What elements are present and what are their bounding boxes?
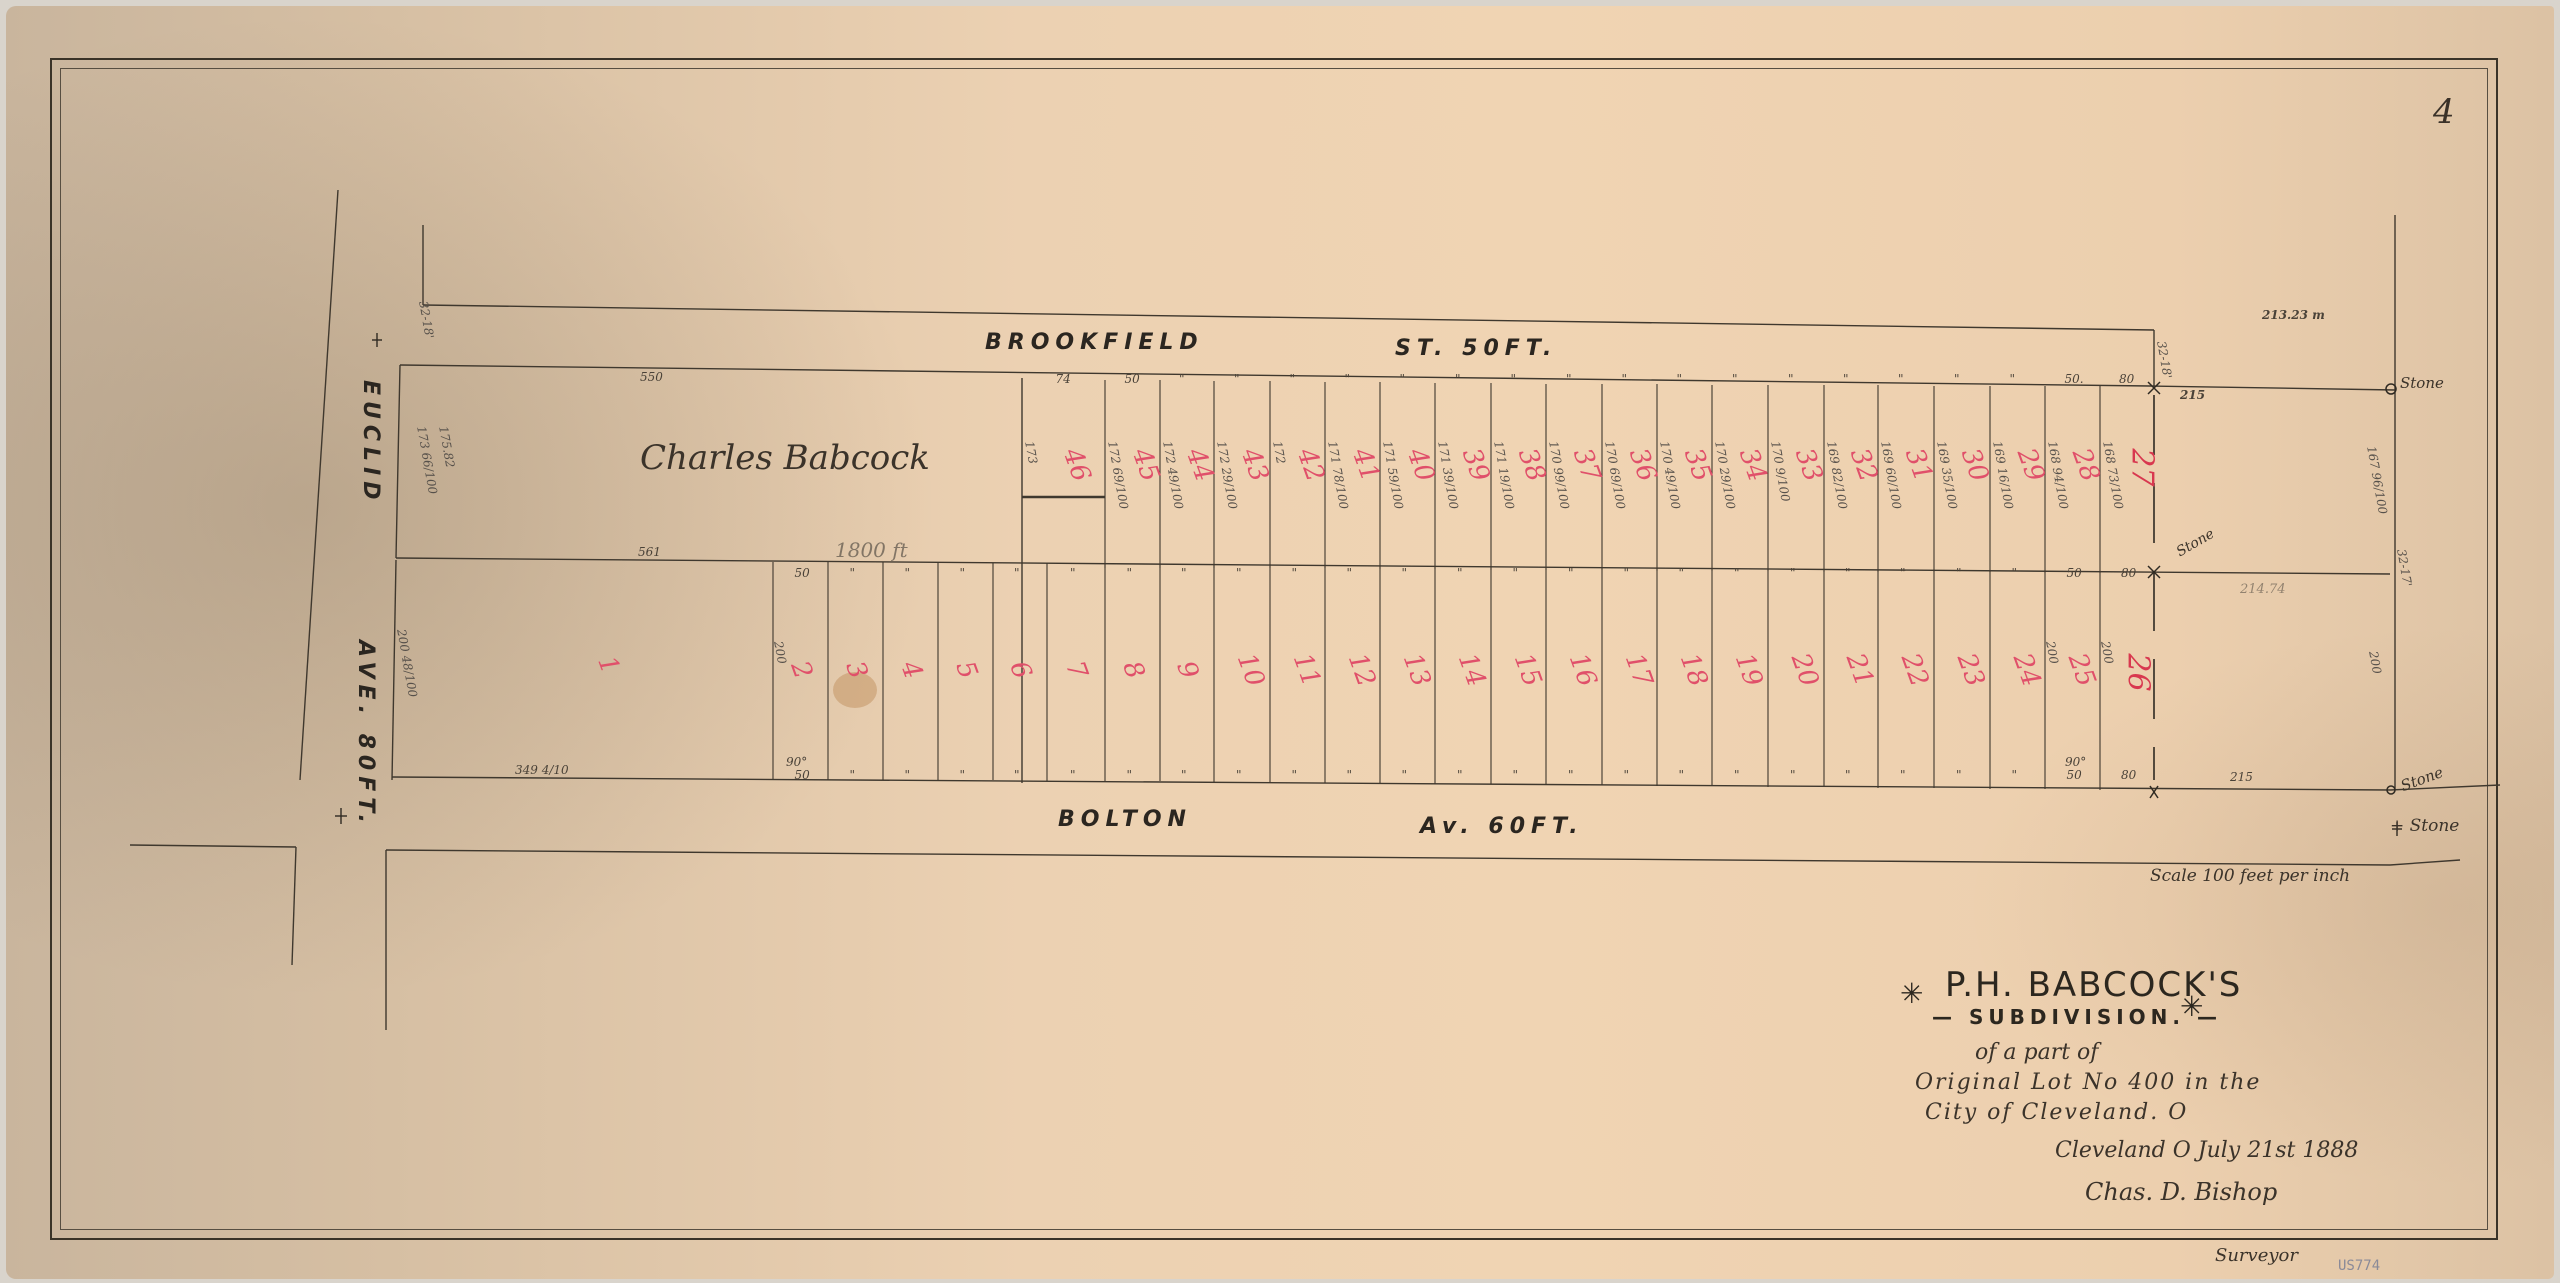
lot-2-frontage-north: 50 (795, 566, 810, 580)
owner-bottom-frontage: 561 (638, 545, 661, 559)
lot-20-frontage-north: " (1790, 566, 1796, 580)
lot-23-frontage-north: " (1956, 566, 1962, 580)
lot-18-frontage-south: " (1679, 768, 1685, 782)
lot-15-frontage-south: " (1513, 768, 1519, 782)
lot-13-frontage-south: " (1402, 768, 1408, 782)
lot-26-frontage-south: 80 (2121, 768, 2136, 782)
lot-18-frontage-north: " (1679, 566, 1685, 580)
lot-1-frontage: 349 4/10 (515, 763, 569, 777)
lot-11-frontage-south: " (1292, 768, 1298, 782)
lot-7-frontage-north: " (1070, 566, 1076, 580)
lot-24-frontage-south: " (2012, 768, 2018, 782)
lot-41-frontage: " (1345, 372, 1351, 386)
lot-25-frontage-north: 50 (2067, 566, 2082, 580)
street-label-euclid: EUCLID (358, 380, 383, 506)
lot-19-frontage-north: " (1734, 566, 1740, 580)
south-angle-note-left: 90° (786, 755, 807, 769)
owner-parcel-length: 1800 ft (835, 538, 908, 562)
lot-10-frontage-north: " (1236, 566, 1242, 580)
lot-19-frontage-south: " (1734, 768, 1740, 782)
lot-3-frontage-south: " (850, 768, 856, 782)
lot-4-frontage-north: " (905, 566, 911, 580)
street-width-brookfield: ST. 50FT. (1395, 336, 1557, 361)
lot-14-frontage-north: " (1457, 566, 1463, 580)
street-width-euclid: AVE. 80FT. (353, 640, 378, 829)
east-mid-note: 214.74 (2240, 582, 2286, 597)
lot-33-frontage: " (1788, 372, 1794, 386)
lot-26-frontage-north: 80 (2121, 566, 2136, 580)
lot-36-frontage: " (1622, 372, 1628, 386)
map-subtitle-text: SUBDIVISION. (1969, 1005, 2185, 1029)
lot-20-frontage-south: " (1790, 768, 1796, 782)
lot-27-frontage: 80 (2119, 372, 2134, 386)
stone-label-bolton: + Stone (2390, 816, 2459, 836)
map-subtitle: — SUBDIVISION. — (1932, 1005, 2222, 1029)
lot-8-frontage-north: " (1127, 566, 1133, 580)
lot-16-frontage-south: " (1568, 768, 1574, 782)
lot-23-frontage-south: " (1956, 768, 1962, 782)
lot-17-frontage-north: " (1624, 566, 1630, 580)
lot-2-frontage-south: 50 (795, 768, 810, 782)
lot-37-frontage: " (1566, 372, 1572, 386)
description-line-3: City of Cleveland. O (1925, 1100, 2188, 1125)
lot-5-frontage-north: " (960, 566, 966, 580)
description-line-2: Original Lot No 400 in the (1915, 1070, 2261, 1095)
east-north-note: 213.23 m (2262, 308, 2325, 322)
lot-25-frontage-south: 50 (2067, 768, 2082, 782)
lot-11-frontage-north: " (1292, 566, 1298, 580)
scale-note: Scale 100 feet per inch (2150, 866, 2350, 886)
lot-22-frontage-north: " (1900, 566, 1906, 580)
lot-43-frontage: " (1234, 372, 1240, 386)
street-label-brookfield: BROOKFIELD (985, 330, 1204, 355)
lot-21-frontage-south: " (1845, 768, 1851, 782)
lot-42-frontage: " (1290, 372, 1296, 386)
surveyor-title: Surveyor (2215, 1245, 2298, 1266)
lot-number-26: 26 (2121, 653, 2156, 691)
lot-6-frontage-north: " (1014, 566, 1020, 580)
lot-9-frontage-south: " (1181, 768, 1187, 782)
lot-46-frontage: 74 (1056, 372, 1071, 386)
lot-21-frontage-north: " (1845, 566, 1851, 580)
lot-8-frontage-south: " (1127, 768, 1133, 782)
lot-13-frontage-north: " (1402, 566, 1408, 580)
lot-number-27: 27 (2125, 448, 2160, 486)
lot-24-frontage-north: " (2012, 566, 2018, 580)
lot-4-frontage-south: " (905, 768, 911, 782)
lot-31-frontage: " (1898, 372, 1904, 386)
lot-6-frontage-south: " (1014, 768, 1020, 782)
lot-45-frontage: 50 (1125, 372, 1140, 386)
lot-16-frontage-north: " (1568, 566, 1574, 580)
lot-15-frontage-north: " (1513, 566, 1519, 580)
lot-12-frontage-north: " (1347, 566, 1353, 580)
stone-label-ne: Stone (2400, 374, 2444, 392)
surveyor-signature: Chas. D. Bishop (2085, 1178, 2277, 1206)
lot-7-frontage-south: " (1070, 768, 1076, 782)
star-ornament-icon-left: ✳ (1900, 977, 1923, 1010)
lot-35-frontage: " (1677, 372, 1683, 386)
lot-29-frontage: " (2010, 372, 2016, 386)
east-top-frontage: 215 (2180, 388, 2205, 402)
lot-14-frontage-south: " (1457, 768, 1463, 782)
lot-17-frontage-south: " (1624, 768, 1630, 782)
lot-28-frontage: 50. (2065, 372, 2084, 386)
south-angle-note-right: 90° (2065, 755, 2086, 769)
lot-40-frontage: " (1400, 372, 1406, 386)
lot-30-frontage: " (1954, 372, 1960, 386)
date-line: Cleveland O July 21st 1888 (2055, 1138, 2358, 1163)
description-line-1: of a part of (1975, 1040, 2098, 1065)
lot-5-frontage-south: " (960, 768, 966, 782)
lot-3-frontage-north: " (850, 566, 856, 580)
sheet-number: 4 (2433, 92, 2455, 132)
lot-44-frontage: " (1179, 372, 1185, 386)
catalog-stamp: US774 (2338, 1258, 2380, 1274)
owner-name: Charles Babcock (640, 438, 930, 478)
lot-38-frontage: " (1511, 372, 1517, 386)
lot-34-frontage: " (1732, 372, 1738, 386)
lot-32-frontage: " (1843, 372, 1849, 386)
lot-10-frontage-south: " (1236, 768, 1242, 782)
owner-top-frontage: 550 (640, 370, 663, 384)
lot-9-frontage-north: " (1181, 566, 1187, 580)
lot-39-frontage: " (1455, 372, 1461, 386)
lot-22-frontage-south: " (1900, 768, 1906, 782)
street-label-bolton: BOLTON (1058, 807, 1192, 832)
east-bottom-frontage: 215 (2230, 770, 2253, 784)
lot-12-frontage-south: " (1347, 768, 1353, 782)
street-width-bolton: Av. 60FT. (1420, 814, 1584, 839)
